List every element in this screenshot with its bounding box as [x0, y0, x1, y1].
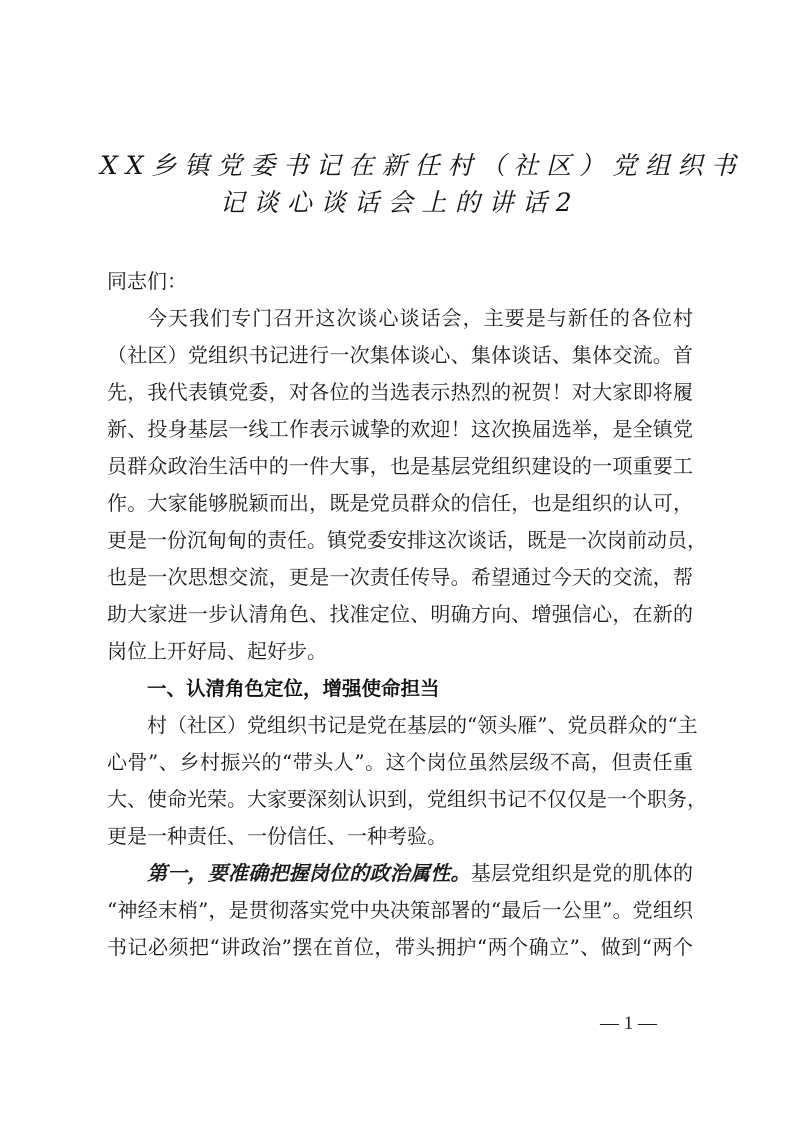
point-one-line: 第一，要准确把握岗位的政治属性。基层党组织是党的肌体的: [107, 855, 693, 892]
document-body: 同志们： 今天我们专门召开这次谈心谈话会，主要是与新任的各位村 （社区）党组织书…: [107, 263, 693, 966]
point-paragraph-line: 书记必须把“讲政治”摆在首位，带头拥护“两个确立”、做到“两个: [107, 929, 693, 966]
paragraph-line: 助大家进一步认清角色、找准定位、明确方向、增强信心，在新的: [107, 596, 693, 633]
paragraph-line: 先，我代表镇党委，对各位的当选表示热烈的祝贺！对大家即将履: [107, 374, 693, 411]
document-title-line-1: XX乡镇党委书记在新任村（社区）党组织书: [100, 147, 700, 184]
document-title-line-2: 记谈心谈话会上的讲话2: [100, 184, 700, 221]
document-page: XX乡镇党委书记在新任村（社区）党组织书 记谈心谈话会上的讲话2 同志们： 今天…: [0, 0, 793, 1122]
paragraph-line: （社区）党组织书记进行一次集体谈心、集体谈话、集体交流。首: [107, 337, 693, 374]
paragraph-line: 作。大家能够脱颖而出，既是党员群众的信任，也是组织的认可，: [107, 485, 693, 522]
paragraph-line: 也是一次思想交流，更是一次责任传导。希望通过今天的交流，帮: [107, 559, 693, 596]
section-heading: 一、认清角色定位，增强使命担当: [107, 670, 693, 707]
paragraph-line: 新、投身基层一线工作表示诚挚的欢迎！这次换届选举，是全镇党: [107, 411, 693, 448]
point-one-lead: 第一，要准确把握岗位的政治属性。: [147, 861, 471, 885]
page-number: — 1 —: [600, 1013, 657, 1035]
section-paragraph-line: 心骨”、乡村振兴的“带头人”。这个岗位虽然层级不高，但责任重: [107, 744, 693, 781]
point-paragraph-line: “神经末梢”，是贯彻落实党中央决策部署的“最后一公里”。党组织: [107, 892, 693, 929]
point-one-rest: 基层党组织是党的肌体的: [471, 861, 693, 885]
paragraph-line: 岗位上开好局、起好步。: [107, 633, 693, 670]
section-paragraph-line: 大、使命光荣。大家要深刻认识到，党组织书记不仅仅是一个职务，: [107, 781, 693, 818]
paragraph-line: 更是一份沉甸甸的责任。镇党委安排这次谈话，既是一次岗前动员，: [107, 522, 693, 559]
salutation: 同志们：: [107, 263, 693, 300]
paragraph-line: 员群众政治生活中的一件大事，也是基层党组织建设的一项重要工: [107, 448, 693, 485]
section-paragraph-line: 更是一种责任、一份信任、一种考验。: [107, 818, 693, 855]
paragraph-line: 今天我们专门召开这次谈心谈话会，主要是与新任的各位村: [107, 300, 693, 337]
section-paragraph-line: 村（社区）党组织书记是党在基层的“领头雁”、党员群众的“主: [107, 707, 693, 744]
